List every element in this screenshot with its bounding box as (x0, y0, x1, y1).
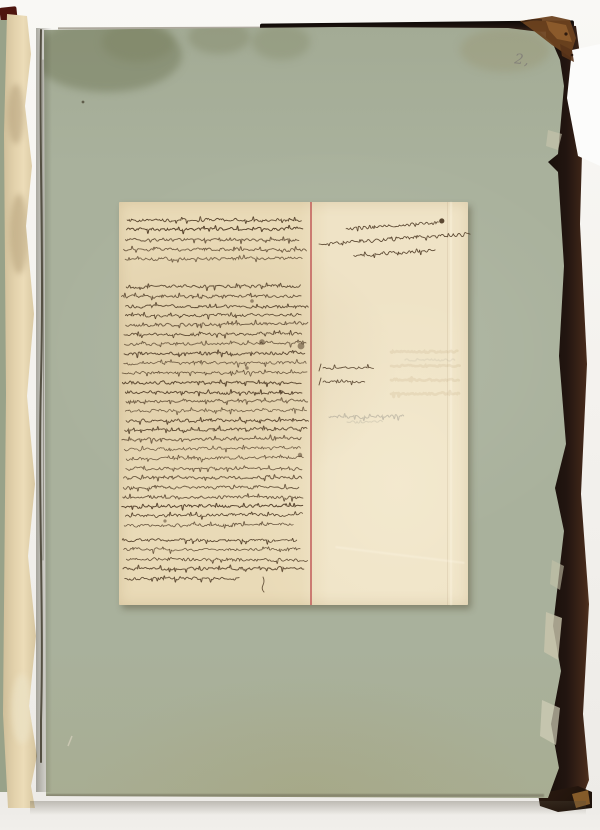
paper-crease (335, 546, 464, 564)
stub-stain (12, 674, 32, 744)
photo-of-archive-volume: 2, (0, 0, 600, 830)
water-stain (252, 24, 310, 60)
stub-stain (10, 194, 28, 274)
book-bottom-shadow (30, 801, 586, 815)
gutter-shadow (36, 28, 52, 792)
stub-stain (8, 84, 24, 144)
paper-crease (450, 202, 452, 605)
paper-crease (447, 202, 448, 605)
red-margin-rule (310, 202, 312, 605)
pasted-manuscript (119, 202, 468, 605)
